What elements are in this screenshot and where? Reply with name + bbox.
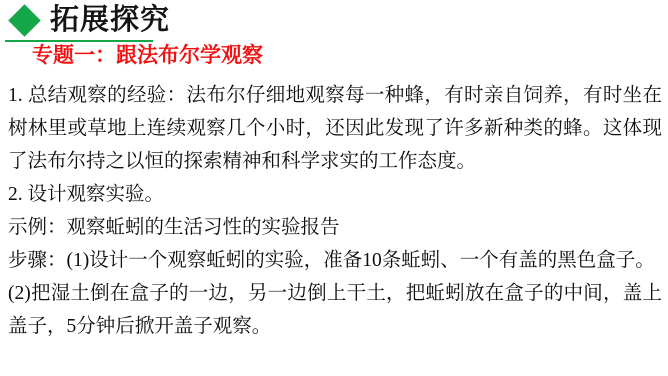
body-text: 1. 总结观察的经验：法布尔仔细地观察每一种蜂，有时亲自饲养，有时坐在树林里或草… <box>8 79 662 343</box>
paragraph-step-1: 步骤：(1)设计一个观察蚯蚓的实验，准备10条蚯蚓、一个有盖的黑色盒子。 <box>8 244 662 277</box>
slide-page: 拓展探究 专题一：跟法布尔学观察 1. 总结观察的经验：法布尔仔细地观察每一种蜂… <box>0 0 668 376</box>
paragraph-example: 示例：观察蚯蚓的生活习性的实验报告 <box>8 211 662 244</box>
header-underline <box>5 40 153 42</box>
topic-subtitle: 专题一：跟法布尔学观察 <box>32 44 263 67</box>
paragraph-design-experiment: 2. 设计观察实验。 <box>8 178 662 211</box>
paragraph-summary-experience: 1. 总结观察的经验：法布尔仔细地观察每一种蜂，有时亲自饲养，有时坐在树林里或草… <box>8 79 662 178</box>
paragraph-step-2: (2)把湿土倒在盒子的一边，另一边倒上干土，把蚯蚓放在盒子的中间，盖上盖子，5分… <box>8 277 662 343</box>
section-header: 拓展探究 <box>8 2 170 38</box>
page-title: 拓展探究 <box>50 6 170 35</box>
diamond-icon <box>8 4 41 37</box>
